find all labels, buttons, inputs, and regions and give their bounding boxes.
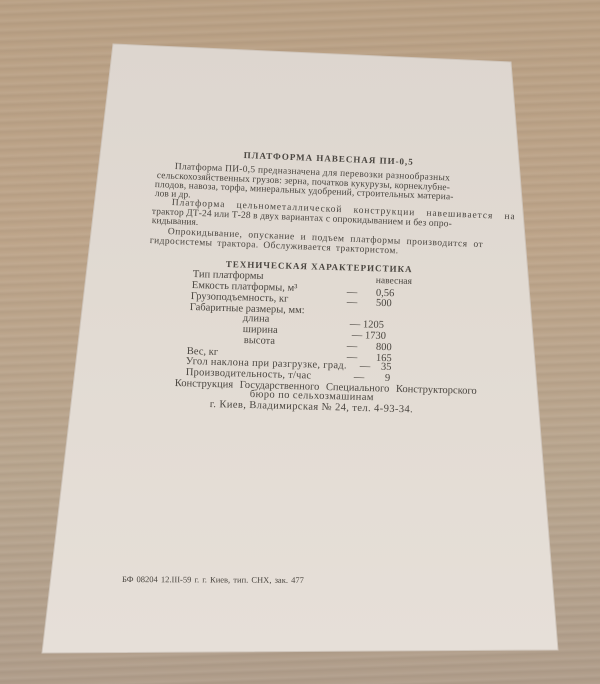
spec-label: длина <box>243 313 270 325</box>
spec-value: — 1730 <box>352 330 386 342</box>
spec-value: — 35 <box>360 361 392 373</box>
print-imprint: БФ 08204 12.III-59 г. г. Киев, тип. СНХ,… <box>122 574 304 585</box>
spec-value: — 500 <box>347 297 392 309</box>
spec-label: высота <box>244 335 275 347</box>
spec-value: навесная <box>376 276 412 288</box>
